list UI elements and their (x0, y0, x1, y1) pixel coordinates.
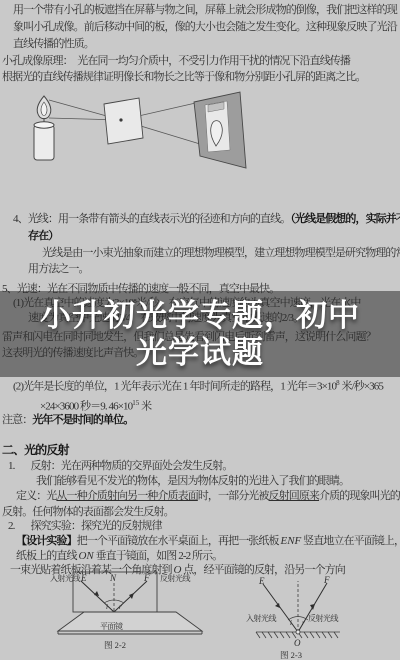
fig22-angle-r: r (119, 603, 122, 611)
fig23-incident-ray (263, 584, 298, 632)
lightyear-line-1: (2)光年是长度的单位，1 光年表示光在 1 年时间所走的路程，1 光年＝3×1… (13, 377, 383, 394)
lightyear-text-d: 米 (139, 401, 151, 413)
design-experiment-line: 【设计实验】把一个平面镜放在水平桌面上，再把一张纸板 ENF 竖直地立在平面镜上… (16, 535, 400, 548)
reflection-heading: 二、光的反射 (2, 444, 69, 457)
design-text-c: 竖直地立在平面镜上， (301, 535, 400, 547)
ray-definition-text: 4、光线：用一条带有箭头的直线表示光的径迹和方向的直线。 (13, 213, 290, 225)
definition-underline-1: 从一种介质射向另一种介质表面 (56, 490, 197, 502)
document-page: 用一个带有小孔的板遮挡在屏幕与物之间，屏幕上就会形成物的倒像，我们把这样的现 象… (0, 0, 400, 660)
definition-underline-2: 反射回原来 (269, 490, 320, 502)
pinhole-board (104, 98, 143, 144)
intro-line-3: 直线传播的性质。 (13, 38, 94, 51)
overlay-title-line-1: 小升初光学专题，初中 (40, 297, 360, 334)
lightyear-text-b: 米/秒×365 (340, 381, 383, 393)
lightyear-text-a: (2)光年是长度的单位，1 光年表示光在 1 年时间所走的路程，1 光年＝3×1… (13, 381, 336, 393)
intro-line-2: 象叫小孔成像。前后移动中间的板，像的大小也会随之发生变化。这种现象反映了光沿 (13, 21, 397, 34)
fig23-point-O-marker (296, 630, 300, 634)
fig22-incident-ray (81, 581, 114, 612)
lightyear-line-2: ×24×3600 秒＝9. 46×1015 米 (40, 397, 151, 414)
fig23-reflected-label: 反射光线 (308, 613, 338, 623)
figure-2-3: E F i r 入射光线 反射光线 O 图 2-3 (232, 572, 366, 660)
label-ENF: ENF (280, 535, 301, 547)
fig22-reflected-label: 反射光线 (160, 573, 190, 583)
pinhole (119, 118, 122, 121)
reflection-item-2: 2.探究实验：探究光的反射规律 (8, 520, 162, 533)
overlay-title-line-2: 光学试题 (136, 334, 264, 371)
pinhole-imaging-diagram (18, 88, 250, 178)
design-text-b: 把一个平面镜放在水平桌面上，再把一张纸板 (77, 535, 281, 547)
ray-note-bold: （光线是假想的，实际并不 (290, 213, 400, 225)
title-overlay-banner: 小升初光学专题，初中 光学试题 (0, 291, 400, 377)
label-ON: ON (78, 550, 93, 562)
note-bold-text: 光年不是时间的单位。 (32, 414, 133, 426)
fig22-mirror-label: 平面镜 (100, 621, 123, 631)
image-screen (194, 92, 246, 168)
item-2-number: 2. (8, 520, 14, 532)
fig23-label-O: O (294, 638, 301, 648)
pinhole-basis-line: 根据光的直线传播规律证明像长和物长之比等于像和物分别距小孔屏的距离之比。 (2, 71, 366, 84)
fig22-angle-i: i (106, 603, 108, 611)
fig23-caption: 图 2-3 (280, 650, 302, 660)
note-label: 注意： (2, 414, 32, 426)
board-text-b: 垂直于镜面，如图 2-2 所示。 (94, 550, 223, 562)
model-line-2: 用方法之一。 (28, 263, 89, 276)
ray-definition-line: 4、光线：用一条带有箭头的直线表示光的径迹和方向的直线。（光线是假想的，实际并不 (13, 213, 400, 226)
definition-text-b: 时，一部分光被 (198, 490, 269, 502)
design-experiment-label: 【设计实验】 (16, 535, 77, 547)
model-line-1: 光线是由一小束光抽象而建立的理想物理模型，建立理想物理模型是研究物理的常 (42, 247, 400, 260)
item-1-number: 1. (8, 460, 14, 472)
item-2-text: 探究实验：探究光的反射规律 (30, 520, 161, 532)
definition-text-a: 定义：光 (16, 490, 56, 502)
pinhole-principle-line: 小孔成像原理： 光在同一均匀介质中，不受引力作用干扰的情况下沿直线传播 (2, 55, 350, 68)
definition-line-1: 定义：光从一种介质射向另一种介质表面时，一部分光被反射回原来介质的现象叫光的 (16, 490, 400, 503)
board-text-a: 纸板上的直线 (16, 550, 78, 562)
fig23-angle-i: i (290, 619, 292, 627)
intro-line-1: 用一个带有小孔的板遮挡在屏幕与物之间，屏幕上就会形成物的倒像，我们把这样的现 (13, 4, 397, 17)
reflection-item-1: 1.反射：光在两种物质的交界面处会发生反射。 (8, 460, 232, 473)
fig23-incident-label: 入射光线 (246, 613, 276, 623)
definition-text-c: 介质的现象叫光的 (319, 490, 400, 502)
fig22-caption: 图 2-2 (104, 640, 126, 650)
reflection-item-1-sub: 我们能够看见不发光的物体，是因为物体反射的光进入了我们的眼睛。 (36, 475, 349, 488)
figure-2-2: 入射光线 反射光线 E N F i r O 平面镜 图 2-2 (48, 568, 216, 658)
fig23-angle-r: r (302, 619, 305, 627)
ray-note-bold-cont: 存在） (28, 230, 58, 243)
item-1-text: 反射：光在两种物质的交界面处会发生反射。 (30, 460, 232, 472)
definition-line-2: 反射。任何物体的表面都会发生反射。 (2, 506, 174, 519)
candle-drawing (34, 96, 54, 160)
fig22-label-N: N (109, 573, 117, 583)
fig22-plane-mirror (58, 612, 202, 634)
fig22-incident-label: 入射光线 (50, 573, 80, 583)
note-line: 注意：光年不是时间的单位。 (2, 414, 133, 427)
lightyear-text-c: ×24×3600 秒＝9. 46×10 (40, 401, 132, 413)
board-line: 纸板上的直线 ON 垂直于镜面，如图 2-2 所示。 (16, 550, 222, 563)
